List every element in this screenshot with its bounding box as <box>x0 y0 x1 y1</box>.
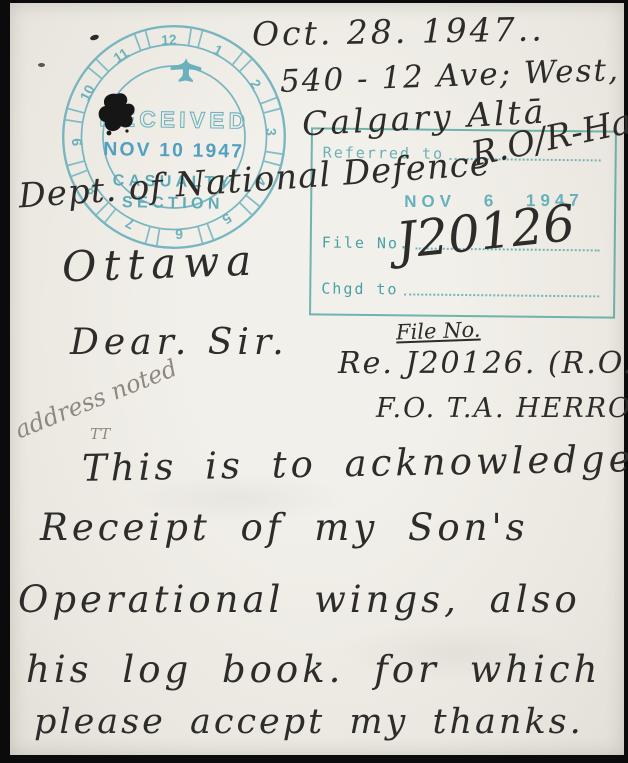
dotted-leader <box>404 293 599 297</box>
chgd-to-row: Chgd to <box>321 280 599 301</box>
ink-blot <box>96 91 138 137</box>
dial-tick <box>239 202 251 214</box>
ref-line-2: F.O. T.A. HERRON <box>376 395 628 422</box>
dial-tick <box>263 109 280 113</box>
dial-tick <box>68 109 85 113</box>
dial-number: 10 <box>76 82 97 103</box>
dial-tick <box>68 161 85 165</box>
dial-tick <box>135 35 141 51</box>
recipient-line-2: Ottawa <box>61 240 259 289</box>
dial-tick <box>198 31 202 48</box>
dial-number: 1 <box>211 41 225 59</box>
dial-tick <box>188 29 191 46</box>
body-line-4: his log book. for which <box>26 651 601 688</box>
pencil-initials: TT <box>90 427 110 442</box>
address-line-1: 540 - 12 Ave; West, <box>280 55 621 98</box>
body-line-1: This is to acknowledge <box>82 440 628 487</box>
dial-number: 2 <box>247 76 265 91</box>
dial-number: 3 <box>263 128 279 137</box>
dial-tick <box>260 98 276 104</box>
dial-tick <box>66 120 83 123</box>
stamp-outer-ring <box>58 21 291 254</box>
ref-line-1: Re. J20126. (R.O.) <box>338 349 628 379</box>
dial-tick <box>89 68 102 79</box>
dial-tick <box>96 59 108 71</box>
dial-number: 11 <box>110 44 131 66</box>
dial-number: 9 <box>68 138 84 147</box>
dial-tick <box>265 151 282 154</box>
ref-heading: File No. <box>396 320 481 344</box>
chgd-to-label: Chgd to <box>321 280 398 299</box>
received-stamp-date: NOV 10 1947 <box>103 138 244 162</box>
letter-date: Oct. 28. 1947.. <box>252 12 545 50</box>
dial-tick <box>232 52 243 65</box>
letter-paper: 121234567891011 RECEIVED NOV 10 1947 CAS… <box>10 3 624 755</box>
dial-tick <box>146 31 150 48</box>
body-line-5: please accept my thanks. <box>34 705 584 740</box>
scanned-letter: { "document": { "date_line": "Oct. 28. 1… <box>0 0 628 763</box>
body-line-2: Receipt of my Son's <box>40 509 529 546</box>
body-line-3: Operational wings, also <box>18 581 581 618</box>
dial-tick <box>105 209 116 222</box>
salutation: Dear. Sir. <box>70 325 289 361</box>
dial-number: 12 <box>161 31 178 48</box>
dial-number: 7 <box>122 215 136 233</box>
airplane-icon <box>170 58 201 83</box>
ink-speck <box>38 63 45 67</box>
dial-tick <box>239 59 251 71</box>
